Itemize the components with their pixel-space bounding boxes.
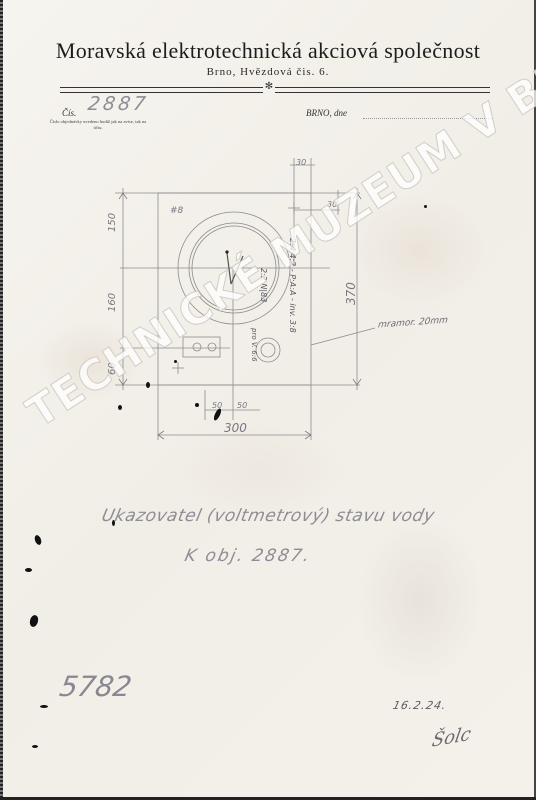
ink-blot xyxy=(40,705,48,708)
ink-blot xyxy=(424,205,427,208)
vertical-note-3: pro V. 6:6 xyxy=(250,327,258,362)
dim-bottom-right: 50 xyxy=(237,401,247,410)
ink-blot xyxy=(195,403,199,407)
dim-top-offset: 30 xyxy=(296,158,306,167)
ink-blot xyxy=(32,745,38,748)
document-page: Moravská elektrotechnická akciová společ… xyxy=(0,0,536,800)
hole-label: #8 xyxy=(170,206,184,216)
ink-blot xyxy=(146,382,150,388)
dim-width: 300 xyxy=(224,421,247,435)
ink-blot xyxy=(174,360,177,363)
signature-date: 16.2.24. xyxy=(392,699,448,712)
ink-blot xyxy=(25,568,32,572)
item-description: Ukazovatel (voltmetrový) stavu vody xyxy=(100,506,437,526)
order-reference: K obj. 2887. xyxy=(183,546,313,566)
ink-blot xyxy=(112,520,115,526)
dim-top-section: 150 xyxy=(107,213,118,232)
dim-middle-section: 160 xyxy=(107,293,118,312)
ink-blot xyxy=(118,405,122,410)
dim-height: 370 xyxy=(344,282,358,305)
archive-number: 5782 xyxy=(57,670,134,703)
